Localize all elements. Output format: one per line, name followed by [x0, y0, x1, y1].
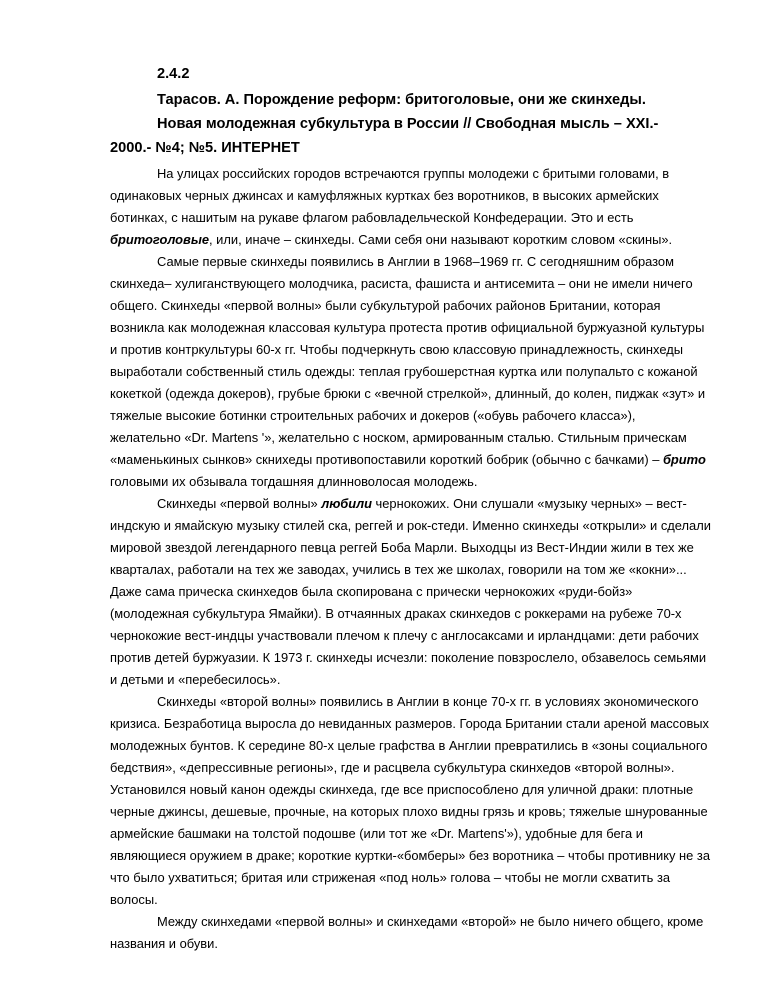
text-line: кокеткой (одежда докеров), грубые брюки …	[110, 383, 714, 405]
text-run: и против контркультуры 60-х гг. Чтобы по…	[110, 342, 683, 357]
text-run: выработали собственный стиль одежды: теп…	[110, 364, 698, 379]
text-line: Скинхеды «первой волны» любили чернокожи…	[110, 493, 714, 515]
text-run: общего. Скинхеды «первой волны» были суб…	[110, 298, 661, 313]
paragraph: Скинхеды «первой волны» любили чернокожи…	[110, 493, 714, 691]
text-line: (молодежная субкультура Ямайки). В отчая…	[110, 603, 714, 625]
text-run: черные джинсы, дешевые, прочные, на кото…	[110, 804, 708, 819]
text-run: головыми их обзывала тогдашняя длинновол…	[110, 474, 477, 489]
paragraph: Самые первые скинхеды появились в Англии…	[110, 251, 714, 493]
text-run: армейские башмаки на толстой подошве (ил…	[110, 826, 643, 841]
text-line: против детей буржуазии. К 1973 г. скинхе…	[110, 647, 714, 669]
text-run: волосы.	[110, 892, 158, 907]
article-body: На улицах российских городов встречаются…	[110, 163, 714, 955]
text-run: молодежных бунтов. К середине 80-х целые…	[110, 738, 707, 753]
text-run: индскую и ямайскую музыку стилей ска, ре…	[110, 518, 711, 533]
text-line: являющиеся оружием в драке; короткие кур…	[110, 845, 714, 867]
text-run: названия и обуви.	[110, 936, 218, 951]
text-run: бедствия», «депрессивные регионы», где и…	[110, 760, 674, 775]
title-line-2: Новая молодежная субкультура в России //…	[110, 112, 714, 136]
text-line: и против контркультуры 60-х гг. Чтобы по…	[110, 339, 714, 361]
text-line: Скинхеды «второй волны» появились в Англ…	[110, 691, 714, 713]
text-run: возникла как молодежная классовая культу…	[110, 320, 704, 335]
text-run: чернокожие вест-индцы участвовали плечом…	[110, 628, 699, 643]
paragraph: На улицах российских городов встречаются…	[110, 163, 714, 251]
text-line: мировой звездой легендарного певца регге…	[110, 537, 714, 559]
text-line: чернокожие вест-индцы участвовали плечом…	[110, 625, 714, 647]
emphasis-text: любили	[321, 496, 372, 511]
text-line: бедствия», «депрессивные регионы», где и…	[110, 757, 714, 779]
title-line-3: 2000.- №4; №5. ИНТЕРНЕТ	[110, 136, 714, 160]
text-run: кокеткой (одежда докеров), грубые брюки …	[110, 386, 705, 401]
text-line: индскую и ямайскую музыку стилей ска, ре…	[110, 515, 714, 537]
text-run: желательно «Dr. Martens '», желательно с…	[110, 430, 687, 445]
text-line: тяжелые высокие ботинки строительных раб…	[110, 405, 714, 427]
text-line: Даже сама прическа скинхедов была скопир…	[110, 581, 714, 603]
text-run: что было ухватиться; бритая или стрижена…	[110, 870, 670, 885]
text-line: одинаковых черных джинсах и камуфляжных …	[110, 185, 714, 207]
text-line: Установился новый канон одежды скинхеда,…	[110, 779, 714, 801]
text-run: Между скинхедами «первой волны» и скинхе…	[157, 914, 703, 929]
text-line: желательно «Dr. Martens '», желательно с…	[110, 427, 714, 449]
text-line: Между скинхедами «первой волны» и скинхе…	[110, 911, 714, 933]
paragraph: Между скинхедами «первой волны» и скинхе…	[110, 911, 714, 955]
text-run: Самые первые скинхеды появились в Англии…	[157, 254, 674, 269]
text-line: выработали собственный стиль одежды: теп…	[110, 361, 714, 383]
text-run: против детей буржуазии. К 1973 г. скинхе…	[110, 650, 706, 665]
text-line: скинхеда– хулиганствующего молодчика, ра…	[110, 273, 714, 295]
text-line: возникла как молодежная классовая культу…	[110, 317, 714, 339]
text-run: , или, иначе – скинхеды. Сами себя они н…	[209, 232, 672, 247]
section-number: 2.4.2	[110, 62, 714, 86]
text-line: названия и обуви.	[110, 933, 714, 955]
text-line: волосы.	[110, 889, 714, 911]
text-run: «маменькиных сынков» скниxеды противопос…	[110, 452, 663, 467]
text-line: что было ухватиться; бритая или стрижена…	[110, 867, 714, 889]
title-line-1: Тарасов. А. Порождение реформ: бритоголо…	[110, 88, 714, 112]
text-run: ботинках, с нашитым на рукаве флагом раб…	[110, 210, 634, 225]
text-run: скинхеда– хулиганствующего молодчика, ра…	[110, 276, 693, 291]
text-line: молодежных бунтов. К середине 80-х целые…	[110, 735, 714, 757]
text-line: кварталах, работали на тех же заводах, у…	[110, 559, 714, 581]
text-run: кризиса. Безработица выросла до невиданн…	[110, 716, 709, 731]
text-run: и детьми и «перебесилось».	[110, 672, 280, 687]
text-run: Скинхеды «первой волны»	[157, 496, 321, 511]
text-line: Самые первые скинхеды появились в Англии…	[110, 251, 714, 273]
text-line: На улицах российских городов встречаются…	[110, 163, 714, 185]
text-line: ботинках, с нашитым на рукаве флагом раб…	[110, 207, 714, 229]
text-run: (молодежная субкультура Ямайки). В отчая…	[110, 606, 682, 621]
text-line: «маменькиных сынков» скниxеды противопос…	[110, 449, 714, 471]
text-line: общего. Скинхеды «первой волны» были суб…	[110, 295, 714, 317]
text-line: кризиса. Безработица выросла до невиданн…	[110, 713, 714, 735]
emphasis-text: бритоголовые	[110, 232, 209, 247]
text-line: головыми их обзывала тогдашняя длинновол…	[110, 471, 714, 493]
text-line: и детьми и «перебесилось».	[110, 669, 714, 691]
paragraph: Скинхеды «второй волны» появились в Англ…	[110, 691, 714, 911]
text-run: являющиеся оружием в драке; короткие кур…	[110, 848, 710, 863]
text-run: мировой звездой легендарного певца регге…	[110, 540, 694, 555]
text-run: одинаковых черных джинсах и камуфляжных …	[110, 188, 659, 203]
document-page: 2.4.2 Тарасов. А. Порождение реформ: бри…	[110, 62, 714, 955]
text-line: армейские башмаки на толстой подошве (ил…	[110, 823, 714, 845]
text-run: кварталах, работали на тех же заводах, у…	[110, 562, 687, 577]
text-run: тяжелые высокие ботинки строительных раб…	[110, 408, 636, 423]
emphasis-text: брито	[663, 452, 706, 467]
text-run: чернокожих. Они слушали «музыку черных» …	[372, 496, 687, 511]
text-run: Даже сама прическа скинхедов была скопир…	[110, 584, 632, 599]
text-run: Установился новый канон одежды скинхеда,…	[110, 782, 693, 797]
text-run: На улицах российских городов встречаются…	[157, 166, 669, 181]
text-line: черные джинсы, дешевые, прочные, на кото…	[110, 801, 714, 823]
text-run: Скинхеды «второй волны» появились в Англ…	[157, 694, 699, 709]
text-line: бритоголовые, или, иначе – скинхеды. Сам…	[110, 229, 714, 251]
